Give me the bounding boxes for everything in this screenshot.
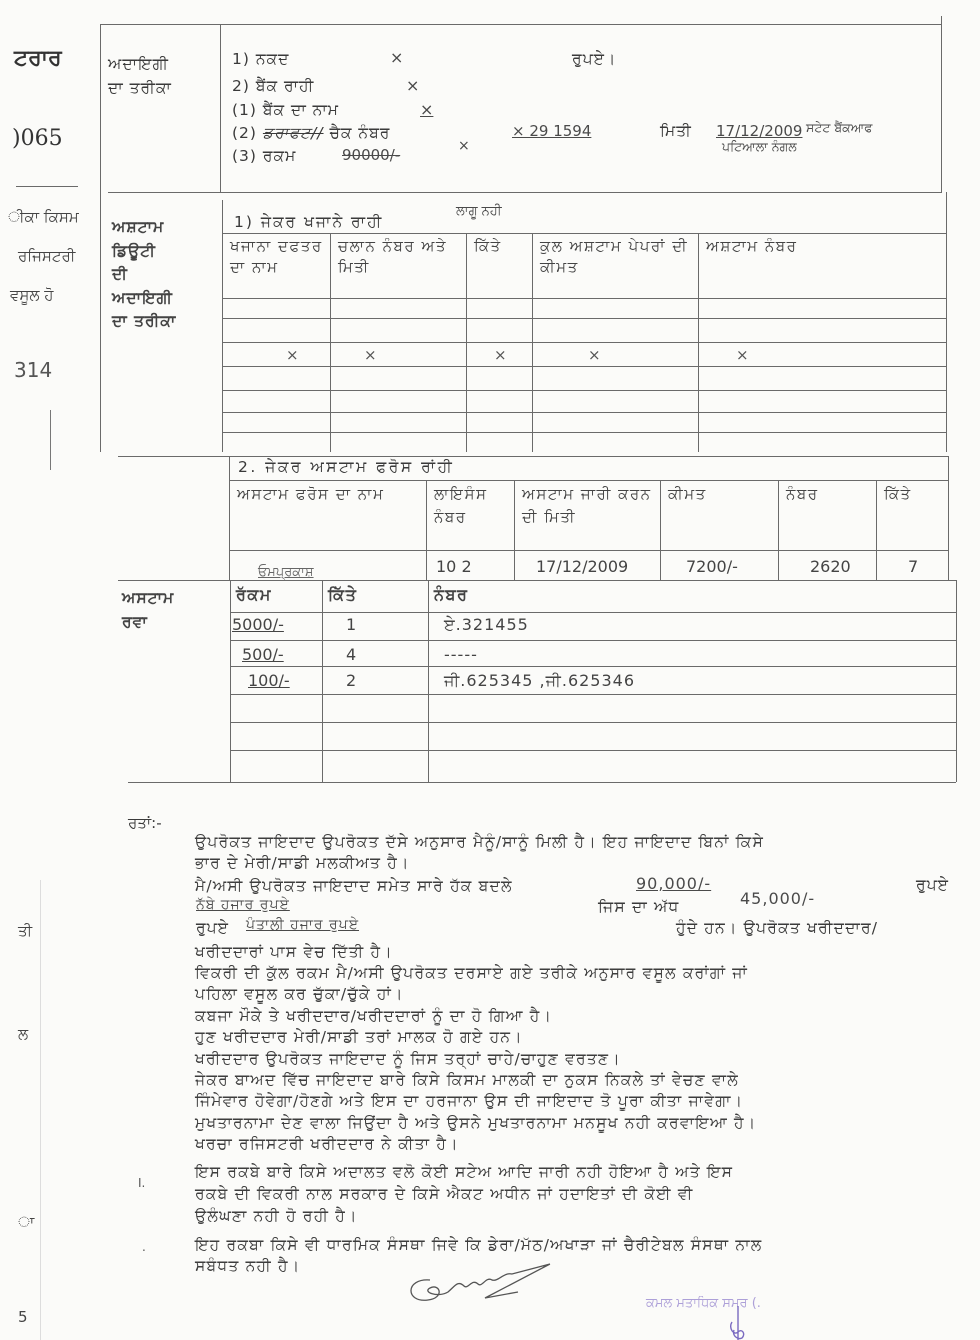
table-col-rule <box>514 480 515 580</box>
treasury-row-rule <box>222 298 946 299</box>
vendor-left-border <box>229 456 230 580</box>
detail-number: ----- <box>444 644 944 666</box>
vendor-column-header: ਅਸਟਾਮ ਜਾਰੀ ਕਰਨ ਦੀ ਮਿਤੀ <box>522 483 654 529</box>
treasury-heading: 1) ਜੇਕਰ ਖਜਾਨੇ ਰਾਹੀ <box>234 213 383 232</box>
detail-number: ਏ.321455 <box>444 614 944 636</box>
detail-count: 1 <box>346 614 386 636</box>
declaration-line: ਮੁਖਤਾਰਨਾਮਾ ਦੇਣ ਵਾਲਾ ਜਿਉਂਦਾ ਹੈ ਅਤੇ ਉਸਨੇ ਮ… <box>195 1113 756 1134</box>
bank-branch-value: ਸਟੇਟ ਬੈਂਕਆਫ <box>806 120 872 136</box>
bank-name-value: × <box>420 100 433 119</box>
detail-row-rule <box>230 750 956 751</box>
declaration-line: ਵਿਕਰੀ ਦੀ ਕੁੱਲ ਰਕਮ ਮੈ/ਅਸੀ ਉਪਰੋਕਤ ਦਰਸਾਏ ਗਏ… <box>195 963 748 984</box>
signature-scribble <box>400 1258 600 1308</box>
stamp-left-border <box>100 192 101 452</box>
cheque-label: ਚੈਕ ਨੰਬਰ <box>329 124 390 142</box>
bank-value: × <box>406 76 419 95</box>
declaration-line: ਖਰੀਦਦਾਰਾਂ ਪਾਸ ਵੇਚ ਦਿੱਤੀ ਹੈ। <box>195 942 393 963</box>
vendor-column-header: ਨੰਬਰ <box>786 483 870 506</box>
stamp-detail-label-1: ਅਸਟਾਮ <box>122 586 174 610</box>
cheque-x-mark: × <box>458 138 470 154</box>
declaration-line: ਪਹਿਲਾ ਵਸੂਲ ਕਰ ਚੁੱਕਾ/ਚੁੱਕੇ ਹਾਂ। <box>195 984 404 1005</box>
treasury-column-header: ਖਜਾਨਾ ਦਫਤਰ ਦਾ ਨਾਮ <box>230 236 324 278</box>
price-words: ਨੱਬੇ ਹਜਾਰ ਰੁਪਏ <box>196 897 290 913</box>
price-value: 90,000/- <box>636 874 711 893</box>
margin-label-3: ਵਸੂਲ ਹੋ <box>10 286 54 304</box>
stamp-label-divider <box>222 200 223 452</box>
vendor-cell-value: 10 2 <box>436 556 512 578</box>
half-suffix: ਹੁੰਦੇ ਹਨ। ਉਪਰੋਕਤ ਖਰੀਦਦਾਰ/ <box>676 919 878 938</box>
treasury-cell-value: × <box>736 344 756 366</box>
treasury-handwritten: ਲਾਗੂ ਨਹੀ <box>456 204 502 219</box>
detail-column-header: ਨੰਬਰ <box>434 584 724 606</box>
margin-label-1: ੀਕਾ ਕਿਸਮ <box>8 208 79 226</box>
table-col-rule <box>876 480 877 580</box>
declaration-line: ਇਹ ਰਕਬਾ ਕਿਸੇ ਵੀ ਧਾਰਮਿਕ ਸੰਸਥਾ ਜਿਵੇ ਕਿ ਡੇਰ… <box>195 1235 762 1256</box>
margin-char-3: ਾ <box>18 1213 34 1231</box>
cheque-number-value: × 29 1594 <box>512 122 591 140</box>
treasury-row-rule <box>222 432 946 433</box>
cash-label: 1) ਨਕਦ <box>232 50 289 68</box>
cash-value: × <box>390 48 403 67</box>
stamp-detail-top <box>118 580 956 581</box>
half-label: ਜਿਸ ਦਾ ਅੱਧ <box>598 898 679 917</box>
table-col-rule <box>778 480 779 580</box>
treasury-column-header: ਕੁਲ ਅਸ਼ਟਾਮ ਪੇਪਰਾਂ ਦੀ ਕੀਮਤ <box>540 236 692 278</box>
stamp-right-border <box>946 192 947 452</box>
margin-handwritten-stroke <box>50 410 51 470</box>
table-col-rule <box>660 480 661 580</box>
stamp-duty-label-4: ਅਦਾਇਗੀ <box>112 287 176 311</box>
payment-bottom-border <box>108 192 942 193</box>
margin-header-word: ਟਰਾਰ <box>14 46 62 71</box>
table-col-rule <box>428 580 429 782</box>
margin-char-1: ਤੀ <box>18 922 32 940</box>
half-value: 45,000/- <box>740 889 815 908</box>
table-col-rule <box>230 580 231 782</box>
detail-amount: 500/- <box>242 644 322 666</box>
margin-handwritten-number: 314 <box>14 358 52 382</box>
margin-label-2: ਰਜਿਸਟਰੀ <box>18 247 75 265</box>
outer-top-border <box>100 24 942 25</box>
vendor-heading: 2. ਜੇਕਰ ਅਸਟਾਮ ਫਰੋਸ ਰਾਂਹੀ <box>238 458 454 477</box>
declaration-line: ਸਬੰਧਤ ਨਹੀ ਹੈ। <box>195 1256 300 1277</box>
cheque-prefix: (2) <box>232 124 257 142</box>
treasury-column-header: ਚਲਾਨ ਨੰਬਰ ਅਤੇ ਮਿਤੀ <box>338 236 460 278</box>
treasury-row-rule <box>222 412 946 413</box>
cheque-date-value: 17/12/2009 <box>716 122 802 140</box>
treasury-row-rule <box>222 390 946 391</box>
vendor-column-header: ਕਿੱਤੇ <box>884 483 942 506</box>
treasury-cell-value: × <box>494 344 514 366</box>
declaration-line: ਕਬਜਾ ਮੌਕੇ ਤੇ ਖਰੀਦਦਾਰ/ਖਰੀਦਦਾਰਾਂ ਨੂੰ ਦਾ ਹੋ… <box>195 1006 552 1027</box>
half-prefix: ਰੁਪਏ <box>196 919 229 938</box>
stamp-detail-bottom <box>128 782 956 783</box>
treasury-column-header: ਅਸ਼ਟਾਮ ਨੰਬਰ <box>706 236 940 257</box>
stamp-detail-label-2: ਰਵਾ <box>122 610 174 634</box>
declaration-line: ਉਲੰਘਣਾ ਨਹੀ ਹੋ ਰਹੀ ਹੈ। <box>195 1206 358 1227</box>
cheque-row: (2) ਡਰਾਫਟ// ਚੈਕ ਨੰਬਰ <box>232 124 390 143</box>
margin-char-2: ਲ <box>18 1025 28 1043</box>
half-words: ਪੰਤਾਲੀ ਹਜਾਰ ਰੁਪਏ <box>246 917 359 933</box>
detail-right-border <box>956 580 957 782</box>
detail-row-rule <box>230 640 956 641</box>
cheque-date-label: ਮਿਤੀ <box>660 122 692 141</box>
outer-right-border-top <box>941 16 942 192</box>
detail-amount: 5000/- <box>232 614 312 636</box>
payment-method-label: ਅਦਾਇਗੀ ਦਾ ਤਰੀਕਾ <box>108 52 172 100</box>
treasury-cell-value: × <box>286 344 306 366</box>
vendor-section-top <box>118 456 948 457</box>
stamp-duty-label-1: ਅਸ਼ਟਾਮ <box>112 216 176 240</box>
detail-amount: 100/- <box>248 670 328 692</box>
detail-row-rule <box>230 722 956 723</box>
payment-label-divider <box>220 24 221 192</box>
margin-fold-line <box>40 880 41 1340</box>
stamp-detail-label: ਅਸਟਾਮ ਰਵਾ <box>122 586 174 634</box>
declaration-line: ਹੁਣ ਖਰੀਦਦਾਰ ਮੇਰੀ/ਸਾਡੀ ਤਰਾਂ ਮਾਲਕ ਹੋ ਗਏ ਹਨ… <box>195 1027 523 1048</box>
vendor-cell-value: 17/12/2009 <box>536 556 658 578</box>
margin-char-4: 5 <box>18 1308 28 1326</box>
official-initials <box>728 1306 748 1340</box>
vendor-cell-value: 7 <box>908 556 946 578</box>
declaration-line: ਜਿੰਮੇਵਾਰ ਹੋਵੇਗਾ/ਹੋਣਗੇ ਅਤੇ ਇਸ ਦਾ ਹਰਜਾਨਾ ਉ… <box>195 1091 743 1112</box>
vendor-column-header: ਕੀਮਤ <box>668 483 772 506</box>
table-col-rule <box>426 480 427 580</box>
treasury-cell-value: × <box>588 344 608 366</box>
draft-label-struck: ਡਰਾਫਟ// <box>263 124 324 142</box>
declaration-line: ਇਸ ਰਕਬੇ ਬਾਰੇ ਕਿਸੇ ਅਦਾਲਤ ਵਲੋ ਕੋਈ ਸਟੇਅ ਆਦਿ… <box>195 1162 733 1183</box>
bank-name-label: (1) ਬੈਂਕ ਦਾ ਨਾਮ <box>232 101 339 120</box>
declaration-line: ਭਾਰ ਦੇ ਮੇਰੀ/ਸਾਡੀ ਮਲਕੀਅਤ ਹੈ। <box>195 853 410 874</box>
detail-count: 2 <box>346 670 386 692</box>
margin-document-number: )065 <box>12 126 63 151</box>
payment-label-line-2: ਦਾ ਤਰੀਕਾ <box>108 76 172 100</box>
cash-suffix: ਰੁਪਏ। <box>572 50 616 69</box>
detail-column-header: ਕਿੱਤੇ <box>328 584 424 606</box>
vendor-cell-value: 2620 <box>810 556 874 578</box>
treasury-row-rule <box>222 318 946 319</box>
vendor-right-border <box>948 456 949 580</box>
vendor-column-header: ਅਸਟਾਮ ਫਰੋਸ ਦਾ ਨਾਮ <box>237 483 420 506</box>
vendor-cell-value: 7200/- <box>686 556 776 578</box>
clause-marker-2: . <box>142 1240 146 1254</box>
bank-label: 2) ਬੈਂਕ ਰਾਹੀ <box>232 77 314 96</box>
declaration-line: ਖਰੀਦਦਾਰ ਉਪਰੋਕਤ ਜਾਇਦਾਦ ਨੂੰ ਜਿਸ ਤਰ੍ਹਾਂ ਚਾਹ… <box>195 1049 621 1070</box>
vendor-column-header: ਲਾਇਸੰਸ ਨੰਬਰ <box>434 483 508 529</box>
stamp-duty-label: ਅਸ਼ਟਾਮ ਡਿਊਟੀ ਦੀ ਅਦਾਇਗੀ ਦਾ ਤਰੀਕਾ <box>112 216 176 334</box>
outer-left-border-top <box>100 24 101 192</box>
declaration-line: ਜੇਕਰ ਬਾਅਦ ਵਿੱਚ ਜਾਇਦਾਦ ਬਾਰੇ ਕਿਸੇ ਕਿਸਮ ਮਾਲ… <box>195 1070 739 1091</box>
declaration-line: ਰਕਬੇ ਦੀ ਵਿਕਰੀ ਨਾਲ ਸਰਕਾਰ ਦੇ ਕਿਸੇ ਐਕਟ ਅਧੀਨ… <box>195 1184 693 1205</box>
amount-label: (3) ਰਕਮ <box>232 147 296 166</box>
clause-marker-1: I. <box>138 1176 145 1190</box>
detail-row-rule <box>230 694 956 695</box>
detail-count: 4 <box>346 644 386 666</box>
treasury-column-header: ਕਿੱਤੇ <box>474 236 526 257</box>
bank-branch-line-2: ਪਟਿਆਲਾ ਨੰਗਲ <box>722 139 797 155</box>
amount-value: 90000/- <box>342 146 400 164</box>
declaration-line: ਖਰਚਾ ਰਜਿਸਟਰੀ ਖਰੀਦਦਾਰ ਨੇ ਕੀਤਾ ਹੈ। <box>195 1134 459 1155</box>
detail-column-header: ਰੱਕਮ <box>236 584 318 606</box>
declaration-line: ਮੈ/ਅਸੀ ਉਪਰੋਕਤ ਜਾਇਦਾਦ ਸਮੇਤ ਸਾਰੇ ਹੱਕ ਬਦਲੇ <box>195 876 513 897</box>
payment-label-line-1: ਅਦਾਇਗੀ <box>108 52 172 76</box>
treasury-row-rule <box>222 366 946 367</box>
detail-row-rule <box>230 666 956 667</box>
treasury-cell-value: × <box>364 344 384 366</box>
vendor-heading-bottom <box>229 480 949 481</box>
stamp-duty-label-5: ਦਾ ਤਰੀਕਾ <box>112 310 176 334</box>
margin-divider <box>16 186 78 187</box>
stamp-duty-label-3: ਦੀ <box>112 263 176 287</box>
detail-row-rule <box>230 612 956 613</box>
declaration-line: ਉਪਰੋਕਤ ਜਾਇਦਾਦ ਉਪਰੋਕਤ ਦੱਸੇ ਅਨੁਸਾਰ ਮੈਨੂੰ/ਸ… <box>195 832 764 853</box>
price-suffix: ਰੁਪਏ <box>916 876 949 895</box>
stamp-duty-label-2: ਡਿਊਟੀ <box>112 240 176 264</box>
detail-number: ਜੀ.625345 ,ਜੀ.625346 <box>444 670 944 692</box>
treasury-row-rule <box>222 342 946 343</box>
cash-row: 1) ਨਕਦ <box>232 50 289 69</box>
declaration-heading: ਰਤਾਂ:- <box>128 814 162 832</box>
vendor-row-rule <box>229 550 948 551</box>
